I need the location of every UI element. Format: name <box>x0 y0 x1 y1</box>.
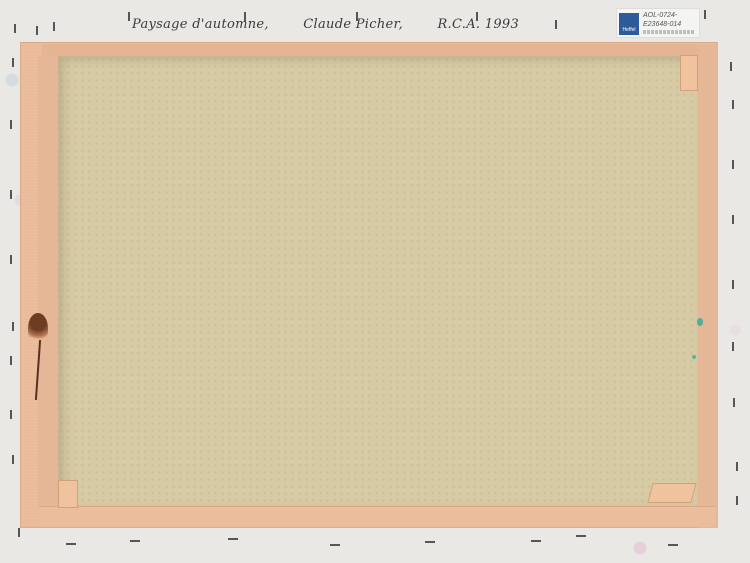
staple <box>130 540 140 542</box>
staple <box>10 120 12 129</box>
staple <box>66 543 76 545</box>
staple <box>10 255 12 264</box>
staple <box>12 58 14 67</box>
label-brand: Heffel <box>623 27 636 33</box>
staple <box>36 26 38 35</box>
staple <box>53 22 55 31</box>
staple <box>330 544 340 546</box>
staple <box>732 160 734 169</box>
green-paint-spot <box>692 355 696 359</box>
staple <box>732 342 734 351</box>
inscription-artist: Claude Picher, <box>303 17 403 32</box>
staple <box>12 455 14 464</box>
inscription-credit-date: R.C.A. 1993 <box>437 17 519 32</box>
wood-knot <box>28 313 48 343</box>
staple <box>425 541 435 543</box>
green-paint-spot <box>697 318 703 326</box>
corner-key-bottom-left <box>58 480 78 508</box>
staple <box>531 540 541 542</box>
staple <box>18 528 20 537</box>
staple <box>228 538 238 540</box>
auction-label: Heffel AOL-0724- E23648-014 <box>616 8 700 38</box>
inscription-title: Paysage d'automne, <box>132 17 269 32</box>
stretcher-right-bar <box>698 44 718 528</box>
label-code-line-1: AOL-0724- <box>643 11 681 20</box>
staple <box>576 535 586 537</box>
staple <box>10 190 12 199</box>
staple <box>704 10 706 19</box>
label-code-line-2: E23648-014 <box>643 20 681 29</box>
staple <box>732 280 734 289</box>
handwritten-inscription: Paysage d'automne, Claude Picher, R.C.A.… <box>132 17 549 32</box>
stretcher-left-bar <box>38 56 58 508</box>
label-code: AOL-0724- E23648-014 <box>643 11 681 29</box>
staple <box>736 496 738 505</box>
staple <box>10 356 12 365</box>
staple <box>128 12 130 21</box>
staple <box>12 322 14 331</box>
staple <box>10 410 12 419</box>
heffel-logo-icon: Heffel <box>619 13 639 35</box>
staple <box>733 398 735 407</box>
staple <box>730 62 732 71</box>
staple <box>732 215 734 224</box>
staple <box>555 20 557 29</box>
corner-key-bottom-right <box>647 483 696 503</box>
corner-key-top-right <box>680 55 698 91</box>
staple <box>736 462 738 471</box>
staple <box>14 24 16 33</box>
stretcher-top-bar <box>42 44 718 56</box>
stretcher-bottom-bar <box>40 506 716 527</box>
staple <box>732 100 734 109</box>
staple <box>668 544 678 546</box>
canvas-back <box>58 56 698 506</box>
label-fine-print <box>643 30 695 34</box>
